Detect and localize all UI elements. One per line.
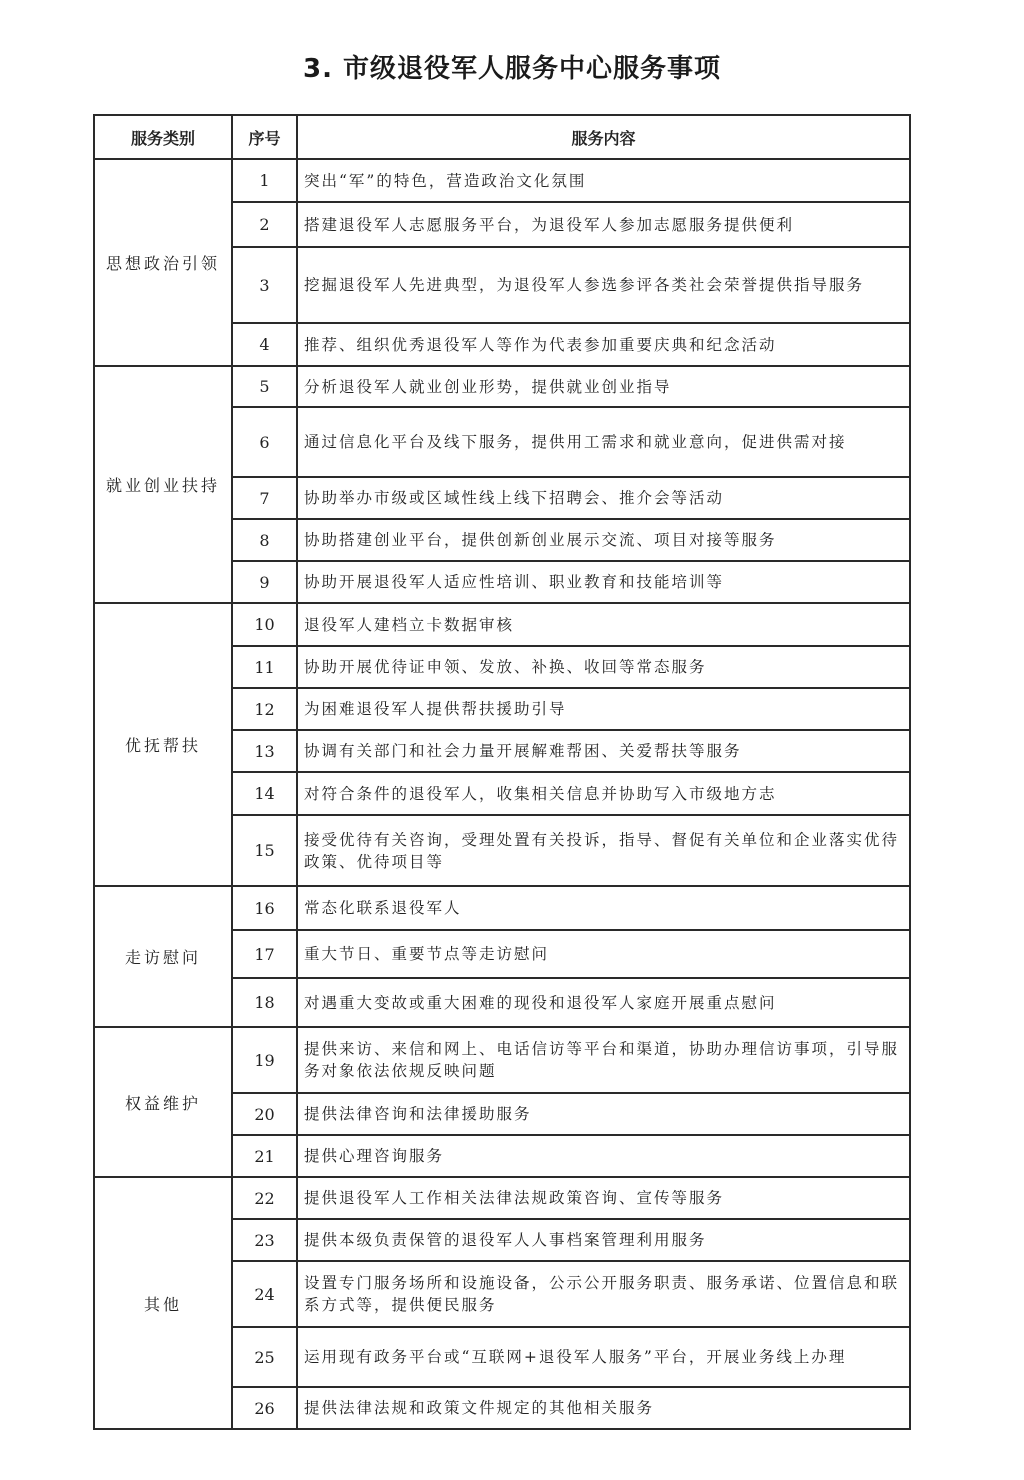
row-number: 16 [232, 886, 297, 930]
table-row: 其他 22 提供退役军人工作相关法律法规政策咨询、宣传等服务 [94, 1177, 910, 1219]
row-number: 4 [232, 323, 297, 366]
category-cell: 其他 [94, 1177, 232, 1429]
row-number: 10 [232, 603, 297, 646]
row-number: 13 [232, 730, 297, 772]
row-content: 接受优待有关咨询，受理处置有关投诉，指导、督促有关单位和企业落实优待政策、优待项… [297, 815, 910, 886]
row-number: 24 [232, 1261, 297, 1327]
row-number: 14 [232, 772, 297, 815]
row-number: 23 [232, 1219, 297, 1261]
table-row: 思想政治引领 1 突出“军”的特色，营造政治文化氛围 [94, 159, 910, 202]
row-content: 突出“军”的特色，营造政治文化氛围 [297, 159, 910, 202]
row-number: 22 [232, 1177, 297, 1219]
row-content: 推荐、组织优秀退役军人等作为代表参加重要庆典和纪念活动 [297, 323, 910, 366]
row-number: 12 [232, 688, 297, 730]
row-number: 9 [232, 561, 297, 603]
row-content: 协调有关部门和社会力量开展解难帮困、关爱帮扶等服务 [297, 730, 910, 772]
row-content: 重大节日、重要节点等走访慰问 [297, 930, 910, 978]
row-content: 协助开展退役军人适应性培训、职业教育和技能培训等 [297, 561, 910, 603]
row-number: 7 [232, 477, 297, 519]
header-category: 服务类别 [94, 115, 232, 159]
table-header-row: 服务类别 序号 服务内容 [94, 115, 910, 159]
row-content: 提供法律咨询和法律援助服务 [297, 1093, 910, 1135]
category-cell: 就业创业扶持 [94, 366, 232, 603]
table-row: 走访慰问 16 常态化联系退役军人 [94, 886, 910, 930]
row-number: 20 [232, 1093, 297, 1135]
row-content: 提供来访、来信和网上、电话信访等平台和渠道，协助办理信访事项，引导服务对象依法依… [297, 1027, 910, 1093]
row-content: 搭建退役军人志愿服务平台，为退役军人参加志愿服务提供便利 [297, 202, 910, 247]
row-number: 21 [232, 1135, 297, 1177]
header-content: 服务内容 [297, 115, 910, 159]
row-number: 3 [232, 247, 297, 323]
row-content: 提供本级负责保管的退役军人人事档案管理利用服务 [297, 1219, 910, 1261]
table-row: 权益维护 19 提供来访、来信和网上、电话信访等平台和渠道，协助办理信访事项，引… [94, 1027, 910, 1093]
table-row: 优抚帮扶 10 退役军人建档立卡数据审核 [94, 603, 910, 646]
row-content: 对符合条件的退役军人，收集相关信息并协助写入市级地方志 [297, 772, 910, 815]
row-content: 运用现有政务平台或“互联网+退役军人服务”平台，开展业务线上办理 [297, 1327, 910, 1387]
category-cell: 权益维护 [94, 1027, 232, 1177]
category-cell: 走访慰问 [94, 886, 232, 1027]
row-number: 6 [232, 407, 297, 477]
row-content: 提供法律法规和政策文件规定的其他相关服务 [297, 1387, 910, 1429]
service-items-table: 服务类别 序号 服务内容 思想政治引领 1 突出“军”的特色，营造政治文化氛围 … [93, 114, 911, 1430]
row-content: 对遇重大变故或重大困难的现役和退役军人家庭开展重点慰问 [297, 978, 910, 1027]
category-cell: 优抚帮扶 [94, 603, 232, 886]
row-content: 常态化联系退役军人 [297, 886, 910, 930]
row-content: 挖掘退役军人先进典型，为退役军人参选参评各类社会荣誉提供指导服务 [297, 247, 910, 323]
row-number: 1 [232, 159, 297, 202]
row-number: 5 [232, 366, 297, 407]
category-cell: 思想政治引领 [94, 159, 232, 366]
row-number: 26 [232, 1387, 297, 1429]
row-content: 分析退役军人就业创业形势，提供就业创业指导 [297, 366, 910, 407]
table-row: 就业创业扶持 5 分析退役军人就业创业形势，提供就业创业指导 [94, 366, 910, 407]
row-content: 退役军人建档立卡数据审核 [297, 603, 910, 646]
row-number: 15 [232, 815, 297, 886]
row-content: 设置专门服务场所和设施设备，公示公开服务职责、服务承诺、位置信息和联系方式等，提… [297, 1261, 910, 1327]
row-number: 2 [232, 202, 297, 247]
page-title: 3. 市级退役军人服务中心服务事项 [0, 48, 1024, 85]
row-content: 协助搭建创业平台，提供创新创业展示交流、项目对接等服务 [297, 519, 910, 561]
row-number: 17 [232, 930, 297, 978]
row-content: 提供心理咨询服务 [297, 1135, 910, 1177]
row-number: 19 [232, 1027, 297, 1093]
row-content: 为困难退役军人提供帮扶援助引导 [297, 688, 910, 730]
row-number: 11 [232, 646, 297, 688]
row-content: 协助举办市级或区域性线上线下招聘会、推介会等活动 [297, 477, 910, 519]
header-number: 序号 [232, 115, 297, 159]
row-number: 18 [232, 978, 297, 1027]
row-content: 通过信息化平台及线下服务，提供用工需求和就业意向，促进供需对接 [297, 407, 910, 477]
row-number: 8 [232, 519, 297, 561]
row-number: 25 [232, 1327, 297, 1387]
row-content: 协助开展优待证申领、发放、补换、收回等常态服务 [297, 646, 910, 688]
row-content: 提供退役军人工作相关法律法规政策咨询、宣传等服务 [297, 1177, 910, 1219]
